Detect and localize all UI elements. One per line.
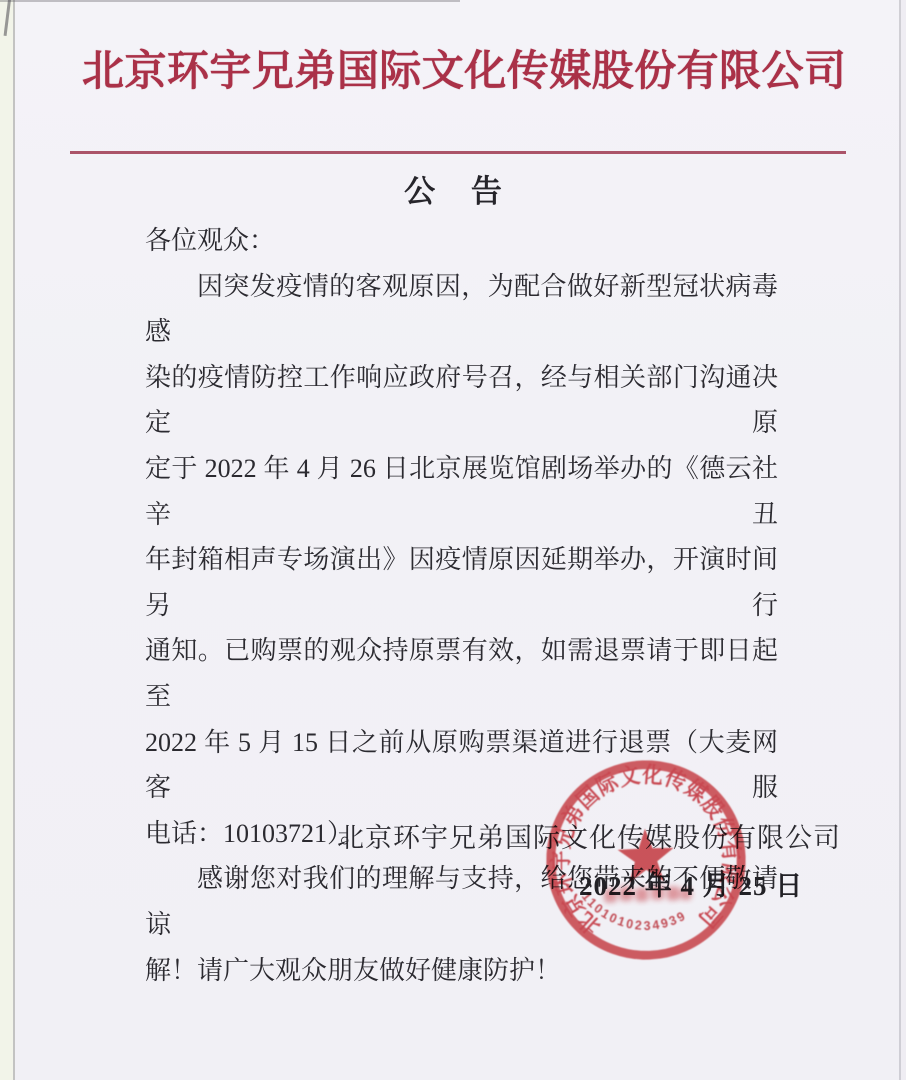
seal-smudge xyxy=(604,884,692,903)
scan-edge-right-pale xyxy=(901,0,906,1080)
body-line: 年封箱相声专场演出》因疫情原因延期举办，开演时间另行 xyxy=(145,537,778,628)
body-line: 定于 2022 年 4 月 26 日北京展览馆剧场举办的《德云社辛丑 xyxy=(145,446,778,537)
announcement-document: 北京环宇兄弟国际文化传媒股份有限公司 公 告 各位观众： 因突发疫情的客观原因，… xyxy=(0,0,906,1080)
body-line: 染的疫情防控工作响应政府号召，经与相关部门沟通决定原 xyxy=(145,355,778,446)
star-icon xyxy=(617,828,675,883)
company-seal-stamp: 北京环宇兄弟国际文化传媒股份有限公司 1101010234939 xyxy=(534,748,757,971)
company-letterhead: 北京环宇兄弟国际文化传媒股份有限公司 xyxy=(82,44,846,99)
salutation-line: 各位观众： xyxy=(145,218,778,264)
body-line: 通知。已购票的观众持原票有效，如需退票请于即日起至 xyxy=(145,628,778,719)
notice-title: 公 告 xyxy=(0,166,906,211)
body-line: 因突发疫情的客观原因，为配合做好新型冠状病毒感 xyxy=(145,264,778,355)
scan-edge-right xyxy=(899,0,901,1080)
scan-artifact-top xyxy=(0,0,460,2)
letterhead-rule xyxy=(70,151,846,154)
scan-edge-left xyxy=(0,0,15,1080)
